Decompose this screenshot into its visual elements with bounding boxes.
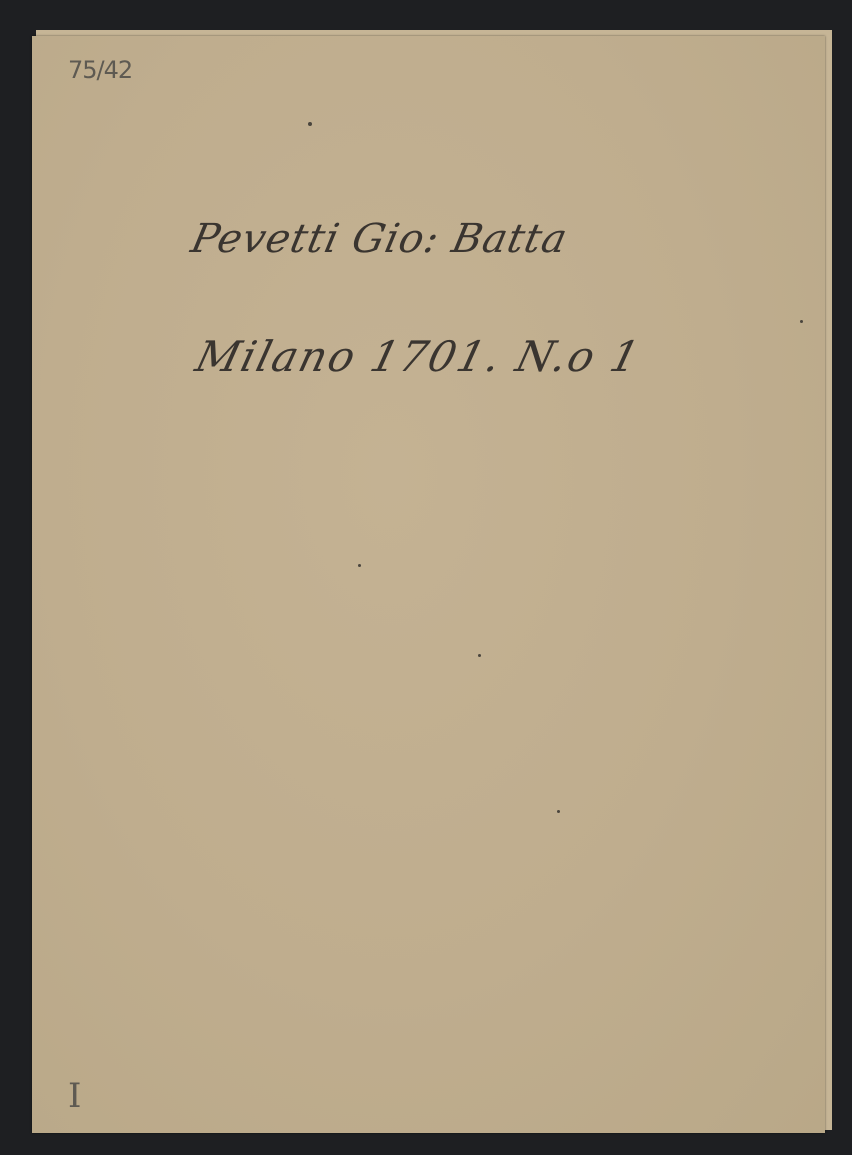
folio-mark: I — [68, 1076, 81, 1116]
handwritten-name: Pevetti Gio: Batta — [187, 216, 572, 262]
paper-speck — [800, 320, 803, 323]
handwritten-place-date: Milano 1701. N.o 1 — [191, 332, 646, 381]
paper-speck — [478, 654, 481, 657]
document-sheet: 75/42 Pevetti Gio: Batta Milano 1701. N.… — [32, 36, 825, 1133]
paper-speck — [557, 810, 560, 813]
reference-number: 75/42 — [68, 56, 132, 84]
paper-speck — [308, 122, 312, 126]
paper-speck — [358, 564, 361, 567]
